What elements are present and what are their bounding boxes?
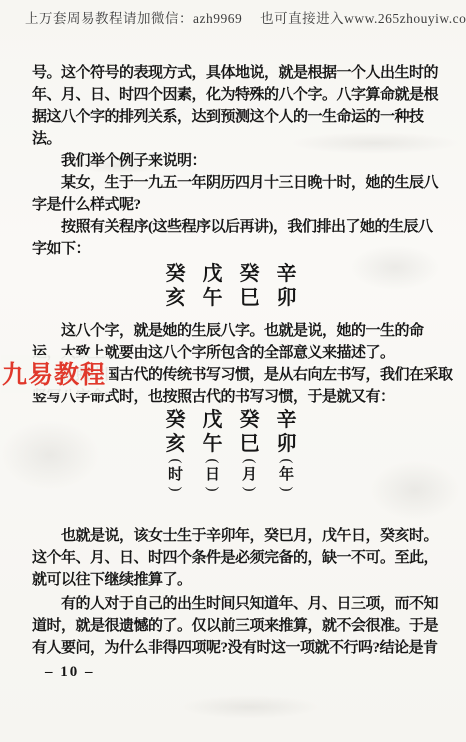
promo-header: 上万套周易教程请加微信：azh9969 也可直接进入www.265zhouyiw… xyxy=(25,7,455,27)
text-line: 这个年、月、日、时四个条件是必须完备的，缺一不可。至此， xyxy=(32,547,442,569)
bazi-branch-row: 亥 午 巳 卯 xyxy=(26,286,436,310)
bazi-vertical: 癸 亥 ( 时 ) 戊 午 ( 日 ) 癸 巳 ( 月 ) 辛 xyxy=(26,408,436,494)
page-number: – 10 – xyxy=(32,664,442,681)
bazi-pillar-year: 辛 卯 ( 年 ) xyxy=(276,408,297,494)
text-line: 道时，就是很遗憾的了。仅以前三项来推算，就不会很准。于是 xyxy=(32,615,442,637)
vertical-paren-bottom: ) xyxy=(171,487,181,492)
earthly-branch: 巳 xyxy=(239,286,260,310)
earthly-branch: 亥 xyxy=(165,286,186,310)
earthly-branch: 午 xyxy=(202,432,223,456)
pillar-label: 时 xyxy=(168,466,183,484)
red-watermark: 九易教程 xyxy=(1,355,109,393)
bazi-pillar-hour: 癸 亥 ( 时 ) xyxy=(165,408,186,494)
book-page: 上万套周易教程请加微信：azh9969 也可直接进入www.265zhouyiw… xyxy=(0,0,466,742)
text-line: 有的人对于自己的出生时间只知道年、月、日三项，而不知 xyxy=(32,593,442,615)
text-line: 字是什么样式呢? xyxy=(32,194,442,216)
text-line: 就可以往下继续推算了。 xyxy=(32,569,442,591)
text-line: 法。 xyxy=(32,128,442,150)
pillar-label: 日 xyxy=(205,466,220,484)
text-line: 某女，生于一九五一年阴历四月十三日晚十时，她的生辰八 xyxy=(32,172,442,194)
vertical-paren-top: ( xyxy=(245,459,255,464)
vertical-paren-top: ( xyxy=(282,459,292,464)
heavenly-stem: 癸 xyxy=(165,262,186,286)
text-line: 年、月、日、时四个因素，化为特殊的八个字。八字算命就是根 xyxy=(32,84,442,106)
heavenly-stem: 癸 xyxy=(239,408,260,432)
promo-header-text: 上万套周易教程请加微信：azh9969 也可直接进入www.265zhouyiw… xyxy=(25,11,466,26)
earthly-branch: 亥 xyxy=(165,432,186,456)
heavenly-stem: 辛 xyxy=(276,408,297,432)
vertical-paren-bottom: ) xyxy=(282,487,292,492)
heavenly-stem: 癸 xyxy=(239,262,260,286)
text-line: 号。这个符号的表现方式，具体地说，就是根据一个人出生时的 xyxy=(32,62,442,84)
heavenly-stem: 癸 xyxy=(165,408,186,432)
earthly-branch: 午 xyxy=(202,286,223,310)
heavenly-stem: 辛 xyxy=(276,262,297,286)
bazi-pillar-month: 癸 巳 ( 月 ) xyxy=(239,408,260,494)
text-line: 据这八个字的排列关系，达到预测这个人的一生命运的一种技 xyxy=(32,106,442,128)
text-line: 这八个字，就是她的生辰八字。也就是说，她的一生的命 xyxy=(32,320,442,342)
text-line: 按照有关程序(这些程序以后再讲)，我们排出了她的生辰八 xyxy=(32,216,442,238)
text-line: 有人要问，为什么非得四项呢?没有时这一项就不行吗?结论是肯 xyxy=(32,637,442,659)
text-line: 我们举个例子来说明： xyxy=(32,150,442,172)
vertical-paren-top: ( xyxy=(208,459,218,464)
vertical-paren-top: ( xyxy=(171,459,181,464)
text-line: 也就是说，该女士生于辛卯年，癸巳月，戊午日，癸亥时。 xyxy=(32,525,442,547)
bazi-pillar-day: 戊 午 ( 日 ) xyxy=(202,408,223,494)
earthly-branch: 巳 xyxy=(239,432,260,456)
pillar-label: 年 xyxy=(279,466,294,484)
earthly-branch: 卯 xyxy=(276,432,297,456)
vertical-paren-bottom: ) xyxy=(208,487,218,492)
heavenly-stem: 戊 xyxy=(202,262,223,286)
bleedthrough-smudge xyxy=(180,695,320,719)
earthly-branch: 卯 xyxy=(276,286,297,310)
vertical-paren-bottom: ) xyxy=(245,487,255,492)
bazi-stem-row: 癸 戊 癸 辛 xyxy=(26,262,436,286)
bazi-horizontal: 癸 戊 癸 辛 亥 午 巳 卯 xyxy=(26,262,436,310)
heavenly-stem: 戊 xyxy=(202,408,223,432)
pillar-label: 月 xyxy=(242,466,257,484)
text-line: 字如下： xyxy=(32,238,442,260)
